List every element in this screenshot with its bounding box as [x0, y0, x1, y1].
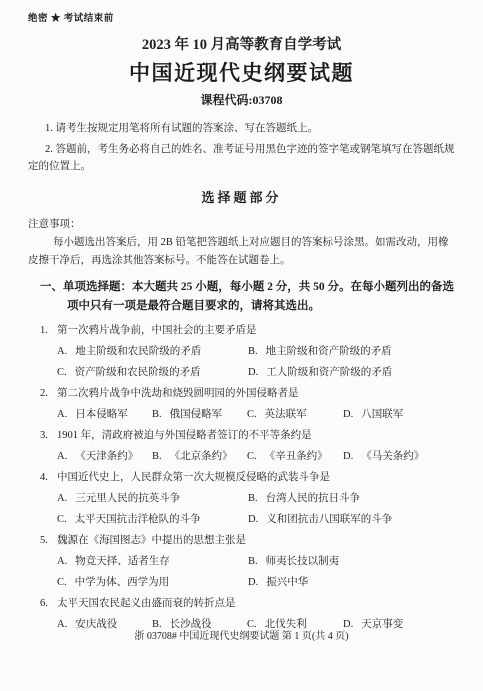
question-number: 1.: [40, 320, 57, 341]
question-number: 4.: [40, 467, 57, 488]
notes-label: 注意事项：: [28, 216, 455, 231]
question-stem: 中国近代史上，人民群众第一次大规模反侵略的武装斗争是: [57, 467, 457, 488]
option-text: 师夷长技以制夷: [266, 556, 340, 567]
course-code: 课程代码:03708: [0, 91, 483, 108]
question: 5.魏源在《海国图志》中提出的思想主张是 A.物竞天择、适者生存B.师夷长技以制…: [40, 530, 457, 593]
option-text: 八国联军: [361, 409, 403, 420]
question-options: A.物竞天择、适者生存B.师夷长技以制夷C.中学为体、西学为用D.振兴中华: [57, 551, 457, 593]
option-text: 《马关条约》: [361, 451, 424, 462]
exam-session-title: 2023 年 10 月高等教育自学考试: [0, 33, 483, 54]
option-C: C.资产阶级和农民阶级的矛盾: [57, 362, 248, 383]
option-label: B.: [248, 556, 258, 567]
question-line: 2.第二次鸦片战争中洗劫和烧毁圆明园的外国侵略者是: [40, 383, 457, 404]
instruction-item-2: 2. 答题前，考生务必将自己的姓名、准考证号用黑色字迹的签字笔或钢笔填写在答题纸…: [28, 141, 455, 175]
notes-text: 每小题选出答案后，用 2B 铅笔把答题纸上对应题目的答案标号涂黑。如需改动，用橡…: [28, 234, 455, 270]
question-line: 1.第一次鸦片战争前，中国社会的主要矛盾是: [40, 320, 457, 341]
option-text: 太平天国抗击洋枪队的斗争: [75, 514, 201, 525]
option-label: D.: [248, 367, 258, 378]
option-label: A.: [57, 346, 67, 357]
page-footer: 浙 03708# 中国近现代史纲要试题 第 1 页(共 4 页): [0, 627, 483, 642]
question-stem: 第二次鸦片战争中洗劫和烧毁圆明园的外国侵略者是: [57, 383, 457, 404]
question-number: 5.: [40, 530, 57, 551]
option-text: 地主阶级和农民阶级的矛盾: [75, 346, 201, 357]
option-A: A.三元里人民的抗英斗争: [57, 488, 248, 509]
option-text: 工人阶级和资产阶级的矛盾: [266, 367, 392, 378]
option-C: C.英法联军: [247, 404, 343, 425]
option-text: 《辛丑条约》: [265, 451, 328, 462]
question-options: A.日本侵略军B.俄国侵略军C.英法联军D.八国联军: [57, 404, 457, 425]
option-label: B.: [152, 409, 162, 420]
option-text: 资产阶级和农民阶级的矛盾: [75, 367, 201, 378]
option-label: C.: [247, 451, 257, 462]
option-B: B.《北京条约》: [152, 446, 247, 467]
option-text: 日本侵略军: [75, 409, 128, 420]
question-line: 4.中国近代史上，人民群众第一次大规模反侵略的武装斗争是: [40, 467, 457, 488]
option-text: 中学为体、西学为用: [75, 577, 170, 588]
question-options: A.地主阶级和农民阶级的矛盾B.地主阶级和资产阶级的矛盾C.资产阶级和农民阶级的…: [57, 341, 457, 383]
option-B: B.俄国侵略军: [152, 404, 247, 425]
option-B: B.地主阶级和资产阶级的矛盾: [248, 341, 457, 362]
security-classification: 绝密 ★ 考试结束前: [28, 10, 483, 24]
option-B: B.师夷长技以制夷: [248, 551, 457, 572]
question-list: 1.第一次鸦片战争前，中国社会的主要矛盾是 A.地主阶级和农民阶级的矛盾B.地主…: [40, 320, 457, 635]
question-number: 3.: [40, 425, 57, 446]
question-line: 6.太平天国农民起义由盛而衰的转折点是: [40, 593, 457, 614]
option-C: C.中学为体、西学为用: [57, 572, 248, 593]
option-C: C.太平天国抗击洋枪队的斗争: [57, 509, 248, 530]
option-label: A.: [57, 556, 67, 567]
question: 1.第一次鸦片战争前，中国社会的主要矛盾是 A.地主阶级和农民阶级的矛盾B.地主…: [40, 320, 457, 383]
exam-paper-page: 绝密 ★ 考试结束前 2023 年 10 月高等教育自学考试 中国近现代史纲要试…: [0, 0, 483, 691]
question: 4.中国近代史上，人民群众第一次大规模反侵略的武装斗争是 A.三元里人民的抗英斗…: [40, 467, 457, 530]
option-label: D.: [248, 577, 258, 588]
option-D: D.工人阶级和资产阶级的矛盾: [248, 362, 457, 383]
question-stem: 魏源在《海国图志》中提出的思想主张是: [57, 530, 457, 551]
option-text: 地主阶级和资产阶级的矛盾: [266, 346, 392, 357]
general-instructions: 1. 请考生按规定用笔将所有试题的答案涂、写在答题纸上。 2. 答题前，考生务必…: [28, 120, 455, 175]
option-label: A.: [57, 493, 67, 504]
question-stem: 太平天国农民起义由盛而衰的转折点是: [57, 593, 457, 614]
option-A: A.地主阶级和农民阶级的矛盾: [57, 341, 248, 362]
instruction-item-1: 1. 请考生按规定用笔将所有试题的答案涂、写在答题纸上。: [28, 120, 455, 137]
question-number: 2.: [40, 383, 57, 404]
option-text: 物竞天择、适者生存: [75, 556, 170, 567]
option-label: B.: [152, 451, 162, 462]
question: 3.1901 年，清政府被迫与外国侵略者签订的不平等条约是 A.《天津条约》B.…: [40, 425, 457, 467]
option-text: 三元里人民的抗英斗争: [75, 493, 180, 504]
option-text: 台湾人民的抗日斗争: [266, 493, 361, 504]
question: 2.第二次鸦片战争中洗劫和烧毁圆明园的外国侵略者是 A.日本侵略军B.俄国侵略军…: [40, 383, 457, 425]
option-label: B.: [248, 346, 258, 357]
option-label: D.: [343, 451, 353, 462]
option-label: A.: [57, 451, 67, 462]
part-one-heading: 一、单项选择题：本大题共 25 小题，每小题 2 分，共 50 分。在每小题列出…: [40, 278, 457, 316]
choice-section-heading: 选择题部分: [0, 187, 483, 206]
option-text: 英法联军: [265, 409, 307, 420]
question-options: A.三元里人民的抗英斗争B.台湾人民的抗日斗争C.太平天国抗击洋枪队的斗争D.义…: [57, 488, 457, 530]
option-text: 俄国侵略军: [170, 409, 223, 420]
option-A: A.日本侵略军: [57, 404, 152, 425]
option-text: 振兴中华: [266, 577, 308, 588]
option-label: C.: [57, 367, 67, 378]
option-B: B.台湾人民的抗日斗争: [248, 488, 457, 509]
option-label: A.: [57, 409, 67, 420]
option-C: C.《辛丑条约》: [247, 446, 343, 467]
question-line: 5.魏源在《海国图志》中提出的思想主张是: [40, 530, 457, 551]
option-label: D.: [248, 514, 258, 525]
question-line: 3.1901 年，清政府被迫与外国侵略者签订的不平等条约是: [40, 425, 457, 446]
option-D: D.《马关条约》: [343, 446, 457, 467]
page-title: 中国近现代史纲要试题: [0, 57, 483, 87]
option-D: D.八国联军: [343, 404, 457, 425]
option-label: D.: [343, 409, 353, 420]
question-options: A.《天津条约》B.《北京条约》C.《辛丑条约》D.《马关条约》: [57, 446, 457, 467]
option-text: 《北京条约》: [170, 451, 233, 462]
option-text: 义和团抗击八国联军的斗争: [266, 514, 392, 525]
option-label: C.: [247, 409, 257, 420]
option-label: C.: [57, 514, 67, 525]
option-label: C.: [57, 577, 67, 588]
question-stem: 1901 年，清政府被迫与外国侵略者签订的不平等条约是: [57, 425, 457, 446]
question-stem: 第一次鸦片战争前，中国社会的主要矛盾是: [57, 320, 457, 341]
option-text: 《天津条约》: [75, 451, 138, 462]
option-label: B.: [248, 493, 258, 504]
option-A: A.《天津条约》: [57, 446, 152, 467]
option-D: D.义和团抗击八国联军的斗争: [248, 509, 457, 530]
option-A: A.物竞天择、适者生存: [57, 551, 248, 572]
question-number: 6.: [40, 593, 57, 614]
option-D: D.振兴中华: [248, 572, 457, 593]
